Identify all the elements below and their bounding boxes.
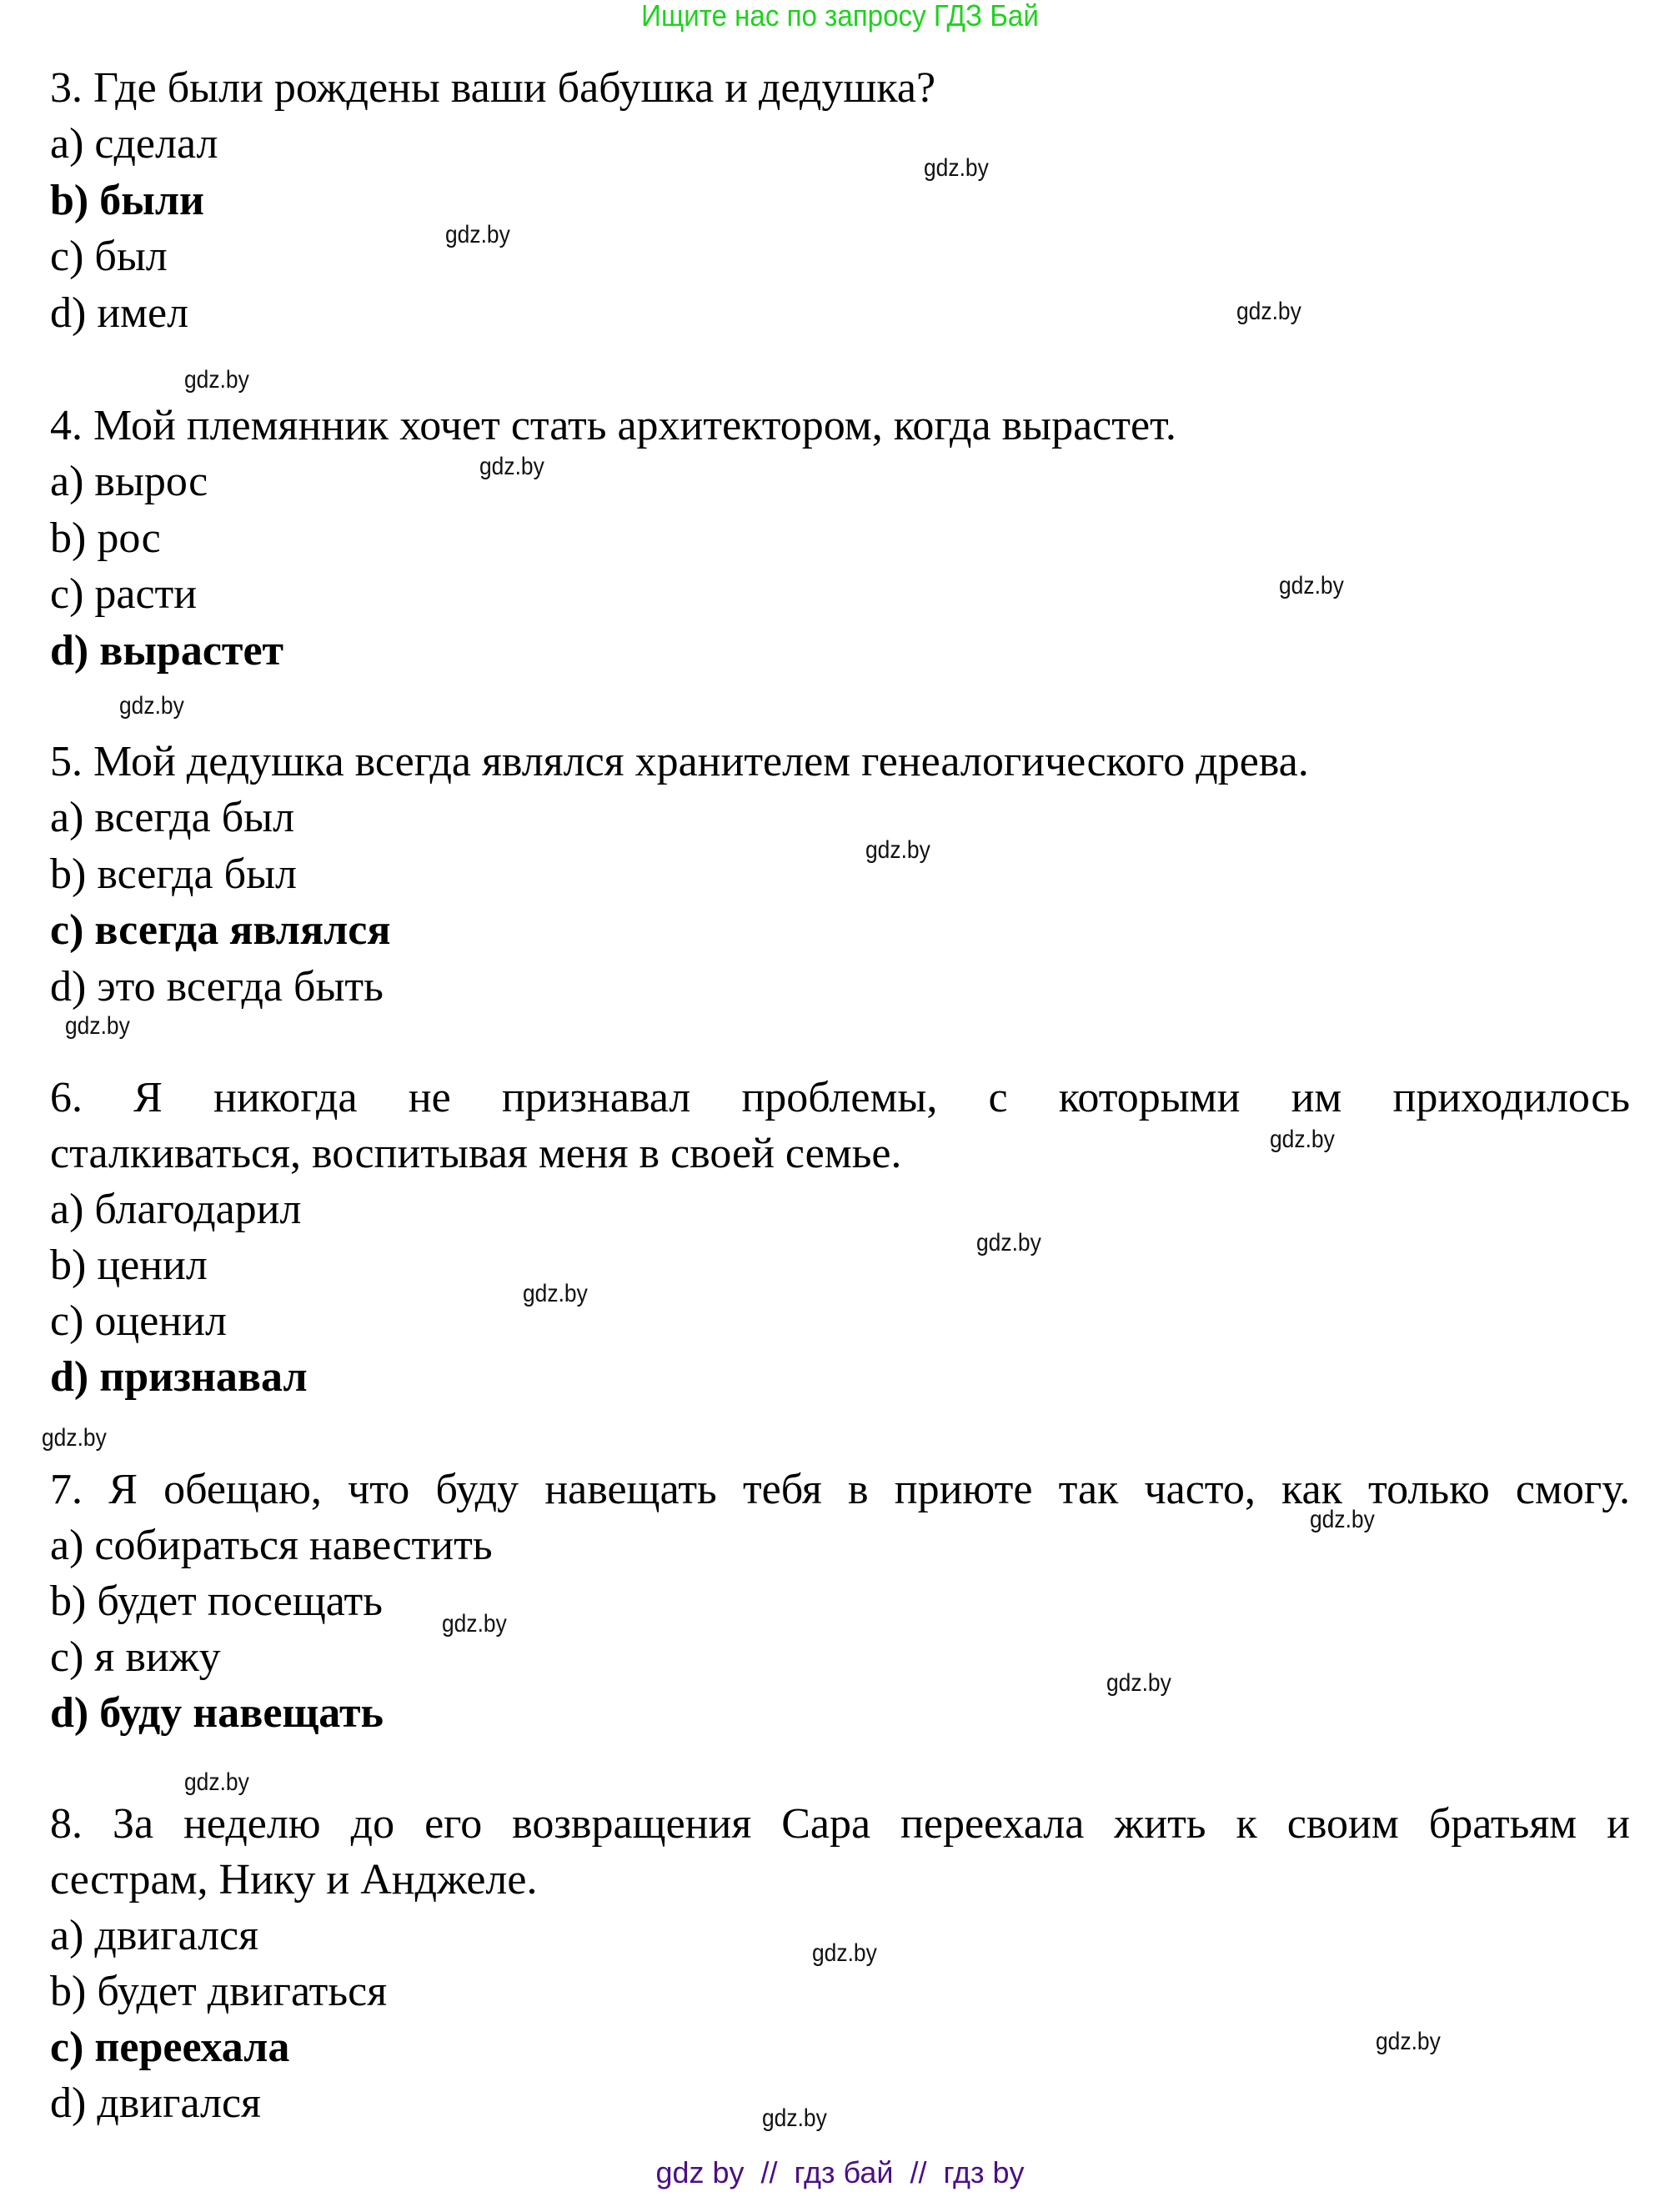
question-7-option-c: c) я вижу (50, 1633, 221, 1683)
question-5-option-d: d) это всегда быть (50, 962, 384, 1012)
watermark: gdz.by (442, 1611, 507, 1638)
question-5-option-c-correct: c) всегда являлся (50, 905, 390, 956)
watermark: gdz.by (184, 367, 249, 394)
question-3-text: 3. Где были рождены ваши бабушка и дедуш… (50, 63, 935, 113)
question-5-text: 5. Мой дедушка всегда являлся хранителем… (50, 737, 1309, 787)
question-8-text-line2: сестрам, Нику и Анджеле. (50, 1855, 537, 1905)
search-hint-banner: Ищите нас по запросу ГДЗ Бай (68, 0, 1613, 32)
question-8-option-c-correct: c) переехала (50, 2023, 289, 2073)
question-3-option-c: c) был (50, 232, 168, 282)
watermark: gdz.by (523, 1281, 588, 1307)
question-6-option-c: c) оценил (50, 1297, 227, 1347)
footer-links-banner: gdz by // гдз бай // гдз by (0, 2156, 1680, 2189)
question-6-text-line1: 6. Я никогда не признавал проблемы, с ко… (50, 1073, 1630, 1123)
question-5-option-b: b) всегда был (50, 850, 297, 900)
watermark: gdz.by (812, 1940, 877, 1967)
question-8-text-line1: 8. За неделю до его возвращения Сара пер… (50, 1799, 1630, 1849)
question-4-option-d-correct: d) вырастет (50, 626, 283, 676)
question-6-option-b: b) ценил (50, 1241, 208, 1291)
question-8-option-a: a) двигался (50, 1911, 258, 1961)
question-6-option-d-correct: d) признавал (50, 1352, 308, 1402)
watermark: gdz.by (1376, 2029, 1441, 2055)
question-8-option-b: b) будет двигаться (50, 1967, 387, 2017)
watermark: gdz.by (65, 1013, 130, 1040)
question-6-option-a: a) благодарил (50, 1185, 301, 1235)
watermark: gdz.by (445, 222, 510, 248)
question-7-option-a: a) собираться навестить (50, 1521, 493, 1571)
watermark: gdz.by (762, 2105, 827, 2132)
watermark: gdz.by (1279, 573, 1344, 599)
watermark: gdz.by (976, 1230, 1041, 1257)
question-7-text: 7. Я обещаю, что буду навещать тебя в пр… (50, 1465, 1630, 1515)
watermark: gdz.by (1270, 1126, 1335, 1153)
question-3-option-d: d) имел (50, 288, 188, 339)
question-6-text-line2: сталкиваться, воспитывая меня в своей се… (50, 1129, 901, 1179)
watermark: gdz.by (924, 155, 989, 182)
watermark: gdz.by (479, 454, 544, 480)
question-7-option-b: b) будет посещать (50, 1577, 383, 1627)
question-4-option-a: a) вырос (50, 457, 208, 507)
watermark: gdz.by (184, 1769, 249, 1796)
question-7-option-d-correct: d) буду навещать (50, 1688, 384, 1738)
watermark: gdz.by (1310, 1507, 1375, 1533)
question-3-option-a: a) сделал (50, 119, 218, 169)
question-3-option-b-correct: b) были (50, 176, 204, 226)
watermark: gdz.by (1236, 298, 1301, 325)
watermark: gdz.by (1106, 1670, 1171, 1697)
question-8-option-d: d) двигался (50, 2079, 261, 2129)
watermark: gdz.by (865, 837, 930, 864)
question-5-option-a: a) всегда был (50, 793, 294, 843)
question-4-option-c: c) расти (50, 569, 197, 619)
question-4-text: 4. Мой племянник хочет стать архитекторо… (50, 401, 1176, 451)
question-4-option-b: b) рос (50, 514, 161, 564)
watermark: gdz.by (42, 1425, 107, 1452)
watermark: gdz.by (119, 693, 184, 720)
